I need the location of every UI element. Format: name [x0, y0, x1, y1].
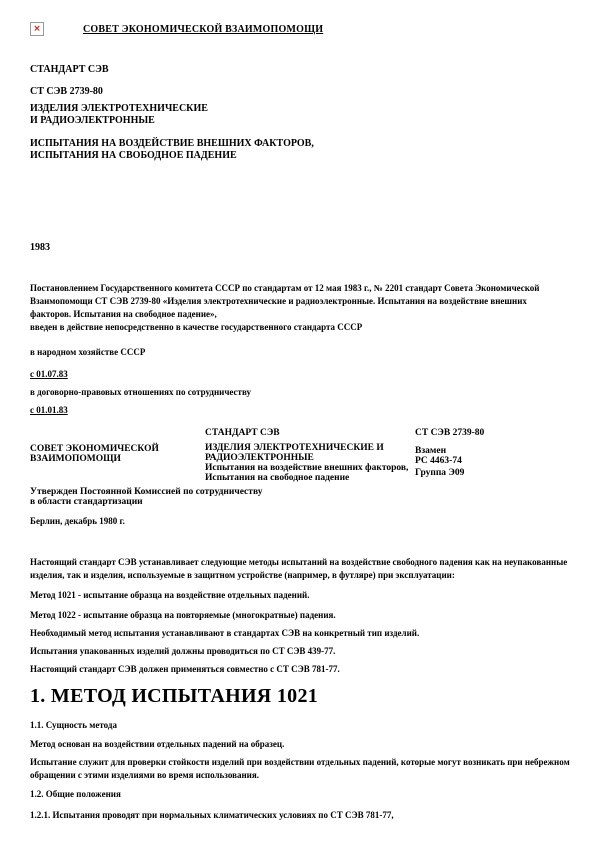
national-economy-clause: в народном хозяйстве СССР: [30, 347, 145, 358]
title-block-standard-label: СТАНДАРТ СЭВ: [205, 428, 415, 438]
standard-number: СТ СЭВ 2739-80: [30, 86, 103, 98]
method-1021-line: Метод 1021 - испытание образца на воздей…: [30, 590, 309, 601]
approval-place-date: Берлин, декабрь 1980 г.: [30, 516, 125, 527]
test-title: ИСПЫТАНИЯ НА ВОЗДЕЙСТВИЕ ВНЕШНИХ ФАКТОРО…: [30, 138, 314, 162]
title-block-standard-number: СТ СЭВ 2739-80: [415, 428, 575, 438]
title-block-council: СОВЕТ ЭКОНОМИЧЕСКОЙ ВЗАИМОПОМОЩИ: [30, 444, 200, 464]
section-1-1-paragraph-2: Испытание служит для проверки стойкости …: [30, 756, 582, 782]
joint-application-line: Настоящий стандарт СЭВ должен применятьс…: [30, 664, 340, 675]
scope-paragraph: Настоящий стандарт СЭВ устанавливает сле…: [30, 556, 580, 582]
section-1-1-heading: 1.1. Сущность метода: [30, 720, 117, 731]
decree-paragraph: Постановлением Государственного комитета…: [30, 282, 575, 321]
national-economy-date: с 01.07.83: [30, 369, 68, 380]
section-1-1-paragraph-1: Метод основан на воздействии отдельных п…: [30, 739, 284, 750]
contractual-date: с 01.01.83: [30, 405, 68, 416]
document-page: × СОВЕТ ЭКОНОМИЧЕСКОЙ ВЗАИМОПОМОЩИ СТАНД…: [0, 0, 595, 842]
title-block-standard-title: ИЗДЕЛИЯ ЭЛЕКТРОТЕХНИЧЕСКИЕ И РАДИОЭЛЕКТР…: [205, 443, 420, 483]
section-1-2-1-paragraph: 1.2.1. Испытания проводят при нормальных…: [30, 810, 394, 821]
standard-label: СТАНДАРТ СЭВ: [30, 64, 109, 76]
product-title: ИЗДЕЛИЯ ЭЛЕКТРОТЕХНИЧЕСКИЕ И РАДИОЭЛЕКТР…: [30, 103, 208, 127]
effective-clause: введен в действие непосредственно в каче…: [30, 322, 362, 333]
approved-by: Утвержден Постоянной Комиссией по сотруд…: [30, 487, 350, 507]
packaged-products-line: Испытания упакованных изделий должны про…: [30, 646, 335, 657]
org-title: СОВЕТ ЭКОНОМИЧЕСКОЙ ВЗАИМОПОМОЩИ: [83, 24, 323, 36]
contractual-clause: в договорно-правовых отношениях по сотру…: [30, 387, 251, 398]
title-block-group: Группа Э09: [415, 468, 575, 478]
required-method-line: Необходимый метод испытания устанавливаю…: [30, 628, 419, 639]
section-1-heading: 1. МЕТОД ИСПЫТАНИЯ 1021: [30, 685, 318, 707]
title-block-replaces: Взамен РС 4463-74: [415, 446, 575, 466]
broken-image-x-glyph: ×: [33, 25, 41, 34]
year-label: 1983: [30, 242, 50, 254]
broken-image-icon: ×: [30, 22, 44, 36]
method-1022-line: Метод 1022 - испытание образца на повтор…: [30, 610, 336, 621]
section-1-2-heading: 1.2. Общие положения: [30, 789, 121, 800]
